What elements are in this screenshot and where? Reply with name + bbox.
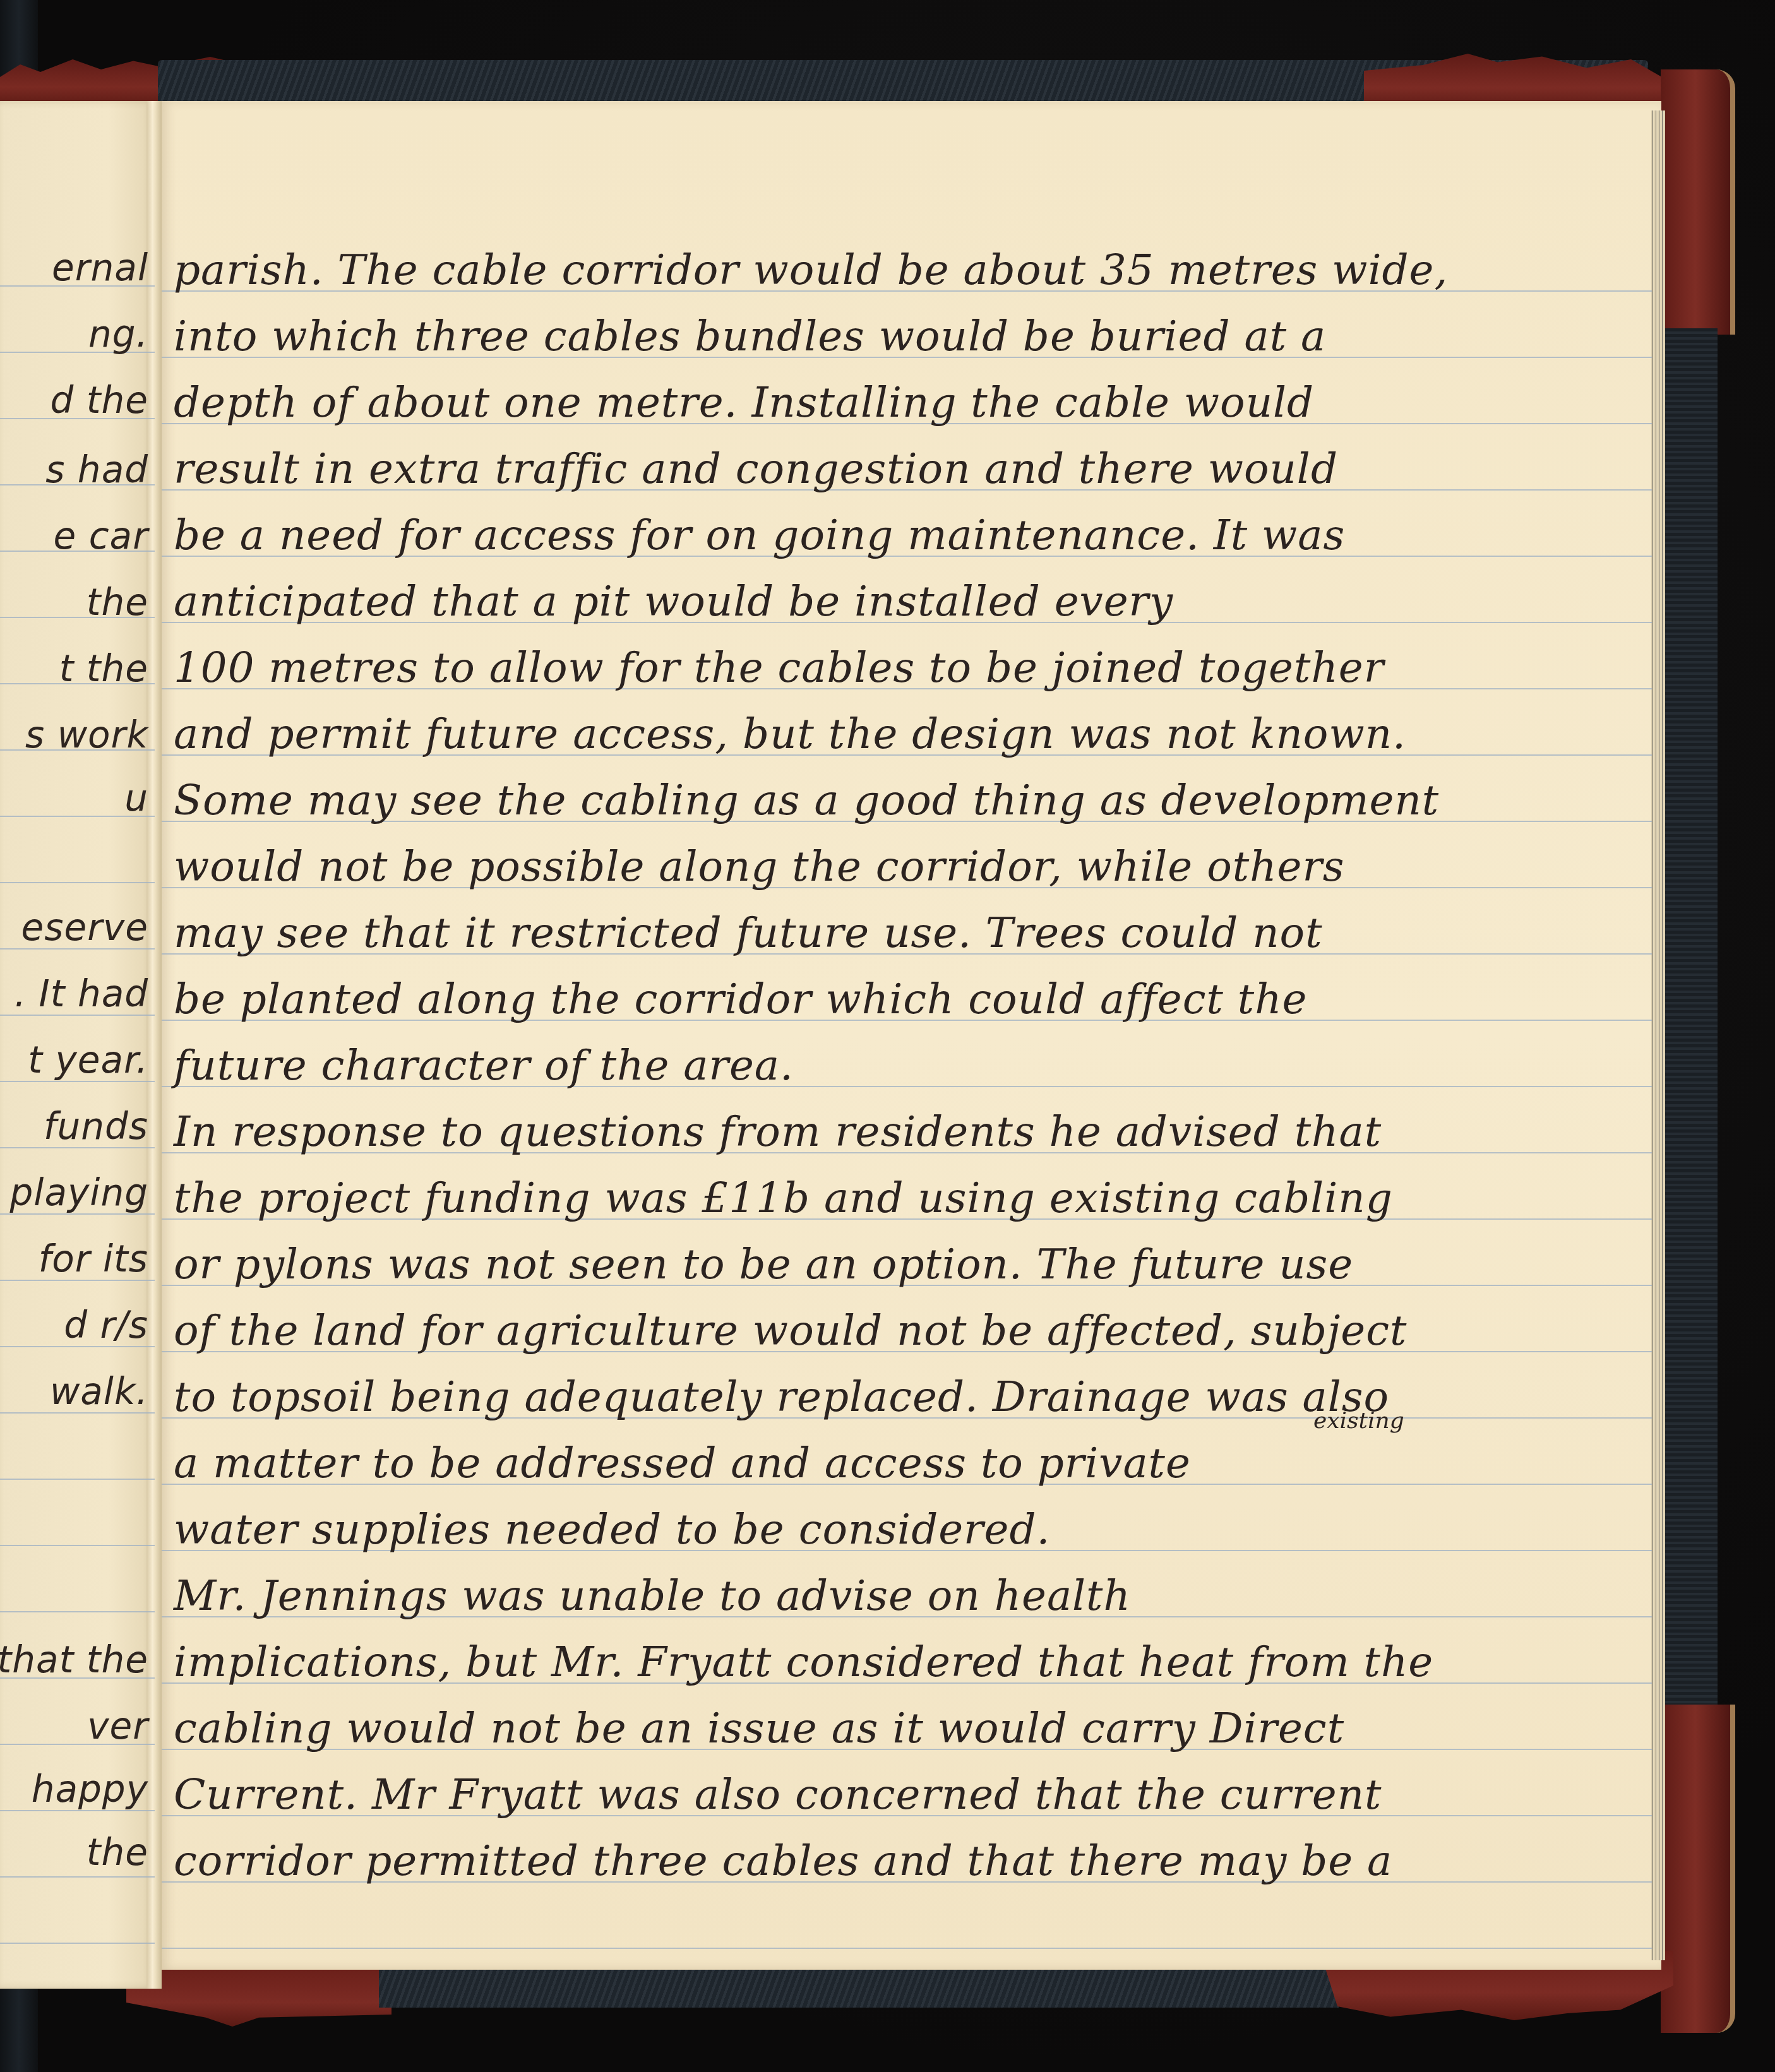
handwritten-line: may see that it restricted future use. T… [174, 912, 1646, 954]
handwritten-line: water supplies needed to be considered. [174, 1509, 1646, 1551]
ruled-line [0, 882, 155, 883]
handwritten-line: a matter to be addressed and access to p… [174, 1443, 1646, 1484]
handwritten-line: of the land for agriculture would not be… [174, 1310, 1646, 1352]
handwritten-line: cabling would not be an issue as it woul… [174, 1708, 1646, 1749]
handwritten-line: the project funding was £11b and using e… [174, 1177, 1646, 1219]
ruled-line [0, 1611, 155, 1612]
page-stack-edges [1651, 110, 1665, 1960]
handwritten-line: In response to questions from residents … [174, 1111, 1646, 1153]
left-fragment: ernal [52, 249, 148, 286]
handwritten-insertion: existing [1313, 1408, 1404, 1434]
ruled-line [0, 1876, 155, 1878]
handwritten-line: result in extra traffic and congestion a… [174, 448, 1646, 490]
left-fragment: for its [39, 1241, 148, 1277]
left-fragment: the [87, 584, 148, 621]
handwritten-line: depth of about one metre. Installing the… [174, 382, 1646, 424]
left-fragment: e playing [0, 1174, 148, 1211]
handwritten-line: Mr. Jennings was unable to advise on hea… [174, 1575, 1646, 1617]
left-fragment: s had [45, 451, 148, 488]
handwritten-line: anticipated that a pit would be installe… [174, 581, 1646, 622]
cover-cloth-bottom [379, 1970, 1339, 2008]
left-fragment: ng. [88, 316, 148, 352]
left-fragment: t the [59, 650, 148, 687]
scanned-notebook-spread: ernal ng. d the s had e car the t the s … [0, 0, 1775, 2072]
left-fragment: u [124, 780, 148, 816]
handwritten-line: 100 metres to allow for the cables to be… [174, 647, 1646, 689]
handwritten-line: would not be possible along the corridor… [174, 846, 1646, 888]
handwritten-line: Some may see the cabling as a good thing… [174, 780, 1646, 821]
left-fragment: that the [0, 1641, 148, 1678]
cover-corner-right-top [1661, 69, 1735, 335]
handwritten-line: to topsoil being adequately replaced. Dr… [174, 1376, 1646, 1418]
left-fragment: t year. [28, 1042, 148, 1078]
left-fragment: s work [25, 717, 148, 753]
ruled-line [0, 1479, 155, 1480]
ruled-line [0, 1545, 155, 1546]
left-fragment: funds [44, 1108, 148, 1145]
handwritten-line: be a need for access for on going mainte… [174, 515, 1646, 556]
handwritten-line: future character of the area. [174, 1045, 1646, 1087]
handwritten-line: Current. Mr Fryatt was also concerned th… [174, 1774, 1646, 1816]
left-fragment: walk. [50, 1373, 148, 1410]
left-fragment: ver [87, 1708, 148, 1744]
cover-cloth-spine-right [1661, 328, 1718, 1717]
handwritten-line: corridor permitted three cables and that… [174, 1840, 1646, 1882]
left-fragment: . It had [15, 975, 148, 1012]
page-gutter [146, 101, 162, 1989]
handwritten-line: and permit future access, but the design… [174, 713, 1646, 755]
handwritten-line: into which three cables bundles would be… [174, 316, 1646, 357]
left-fragment: happy [32, 1771, 148, 1807]
handwritten-line: parish. The cable corridor would be abou… [174, 249, 1646, 291]
left-fragment: eserve [21, 909, 148, 946]
ruled-line [162, 1948, 1652, 1949]
left-fragment: d r/s [64, 1307, 148, 1343]
left-fragment: d the [51, 382, 148, 419]
handwritten-line: implications, but Mr. Fryatt considered … [174, 1641, 1646, 1683]
handwritten-line: or pylons was not seen to be an option. … [174, 1244, 1646, 1285]
cover-corner-bottom-left [126, 1967, 391, 2027]
left-fragment: the [87, 1834, 148, 1871]
handwritten-line: be planted along the corridor which coul… [174, 979, 1646, 1020]
ruled-line [0, 1943, 155, 1944]
left-fragment: e car [54, 518, 148, 554]
